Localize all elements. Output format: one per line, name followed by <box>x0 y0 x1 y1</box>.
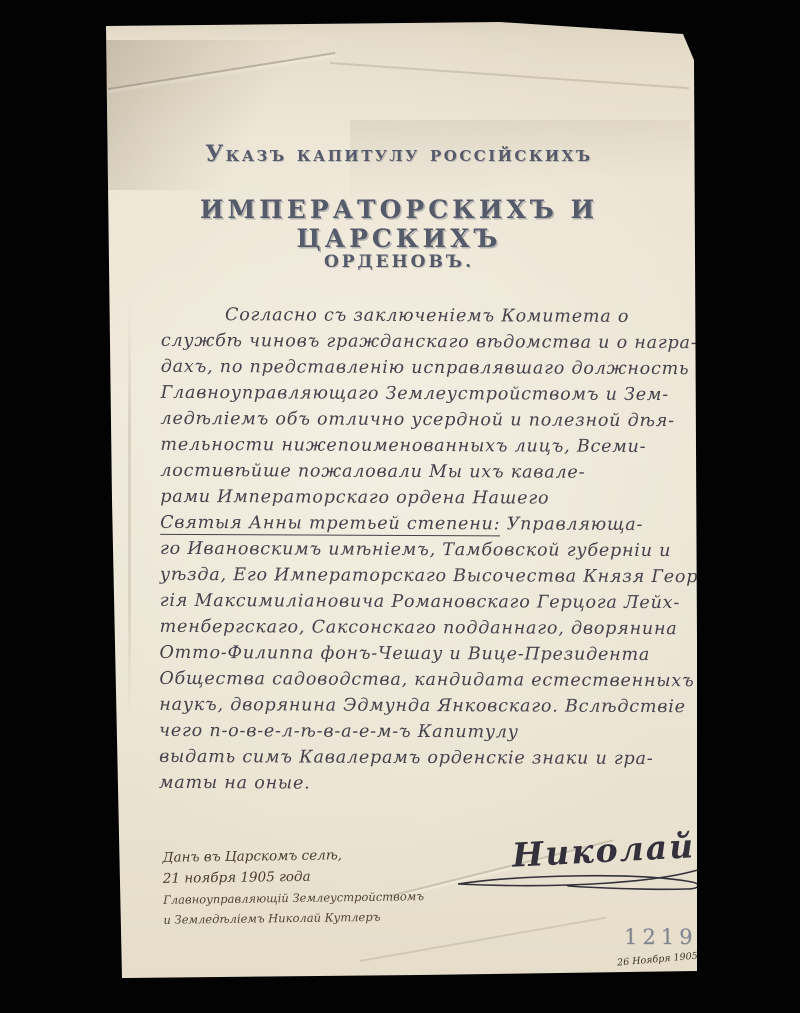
decree-body-line: Отто-Филиппа фонъ-Чешау и Вице-Президент… <box>159 640 681 668</box>
decree-body-line: маты на оные. <box>159 770 681 798</box>
photo-background: Указъ капитулу россійскихъ ИМПЕРАТОРСКИХ… <box>0 0 800 1013</box>
underlined-order-name: Святыя Анны третьей степени: <box>160 513 500 536</box>
decree-body: Согласно съ заключеніемъ Комитета ослужб… <box>159 302 683 798</box>
body-text-segment: Общества садоводства, кандидата естестве… <box>159 669 694 691</box>
decree-body-line: го Ивановскимъ имѣніемъ, Тамбовской губе… <box>160 536 682 564</box>
paper-crease-line <box>330 62 689 89</box>
header-line-ukaz: Указъ капитулу россійскихъ <box>106 141 692 167</box>
body-text-segment: тельности нижепоименованныхъ лицъ, Всеми… <box>160 435 646 457</box>
body-text-segment: Управляюща- <box>500 514 643 535</box>
dateline-line: и Земледѣліемъ Николай Кутлеръ <box>163 906 424 930</box>
body-text-segment: ледѣліемъ объ отлично усердной и полезно… <box>161 409 675 431</box>
decree-body-line: Согласно съ заключеніемъ Комитета о <box>161 302 683 330</box>
body-text-segment: гія Максимиліановича Романовскаго Герцог… <box>160 591 680 613</box>
body-text-segment: выдать симъ Кавалерамъ орденскіе знаки и… <box>159 747 654 769</box>
body-text-segment: Главноуправляющаго Землеустройствомъ и З… <box>161 383 669 405</box>
body-text-segment: чего п-о-в-е-л-ѣ-в-а-е-м-ъ Капитулу <box>159 721 519 743</box>
margin-date-note: 26 Ноября 1905 года <box>617 948 724 968</box>
decree-body-line: тельности нижепоименованныхъ лицъ, Всеми… <box>160 432 682 460</box>
decree-body-line: Главноуправляющаго Землеустройствомъ и З… <box>161 380 683 408</box>
body-text-segment: уѣзда, Его Императорскаго Высочества Кня… <box>160 565 705 587</box>
decree-body-line: ледѣліемъ объ отлично усердной и полезно… <box>161 406 683 434</box>
decree-body-line: выдать симъ Кавалерамъ орденскіе знаки и… <box>159 744 681 772</box>
header-line-orders: ОРДЕНОВЪ. <box>106 252 692 272</box>
body-text-segment: Отто-Филиппа фонъ-Чешау и Вице-Президент… <box>160 643 651 665</box>
decree-body-line: рами Императорскаго ордена Нашего <box>160 484 682 512</box>
decree-body-line: Святыя Анны третьей степени: Управляюща- <box>160 510 682 538</box>
decree-body-line: Общества садоводства, кандидата естестве… <box>159 666 681 694</box>
body-text-segment: го Ивановскимъ имѣніемъ, Тамбовской губе… <box>160 539 671 561</box>
paper-fold-shadow <box>100 40 350 190</box>
body-text-segment: тенбергскаго, Саксонскаго подданнаго, дв… <box>160 617 678 639</box>
decree-body-line: тенбергскаго, Саксонскаго подданнаго, дв… <box>160 614 682 642</box>
decree-body-line: службѣ чиновъ гражданскаго вѣдомства и о… <box>161 328 683 356</box>
header-line-imperial: ИМПЕРАТОРСКИХЪ И ЦАРСКИХЪ <box>106 195 692 253</box>
decree-body-line: уѣзда, Его Императорскаго Высочества Кня… <box>160 562 682 590</box>
document-paper: Указъ капитулу россійскихъ ИМПЕРАТОРСКИХ… <box>0 0 800 1013</box>
body-text-segment: дахъ, по представленію исправлявшаго дол… <box>161 357 690 379</box>
body-text-segment: маты на оные. <box>159 773 311 794</box>
decree-body-line: дахъ, по представленію исправлявшаго дол… <box>161 354 683 382</box>
dateline-block: Данъ въ Царскомъ селѣ,21 ноября 1905 год… <box>162 844 424 930</box>
stamp-number: 1219 <box>624 925 697 949</box>
body-text-segment: Согласно съ заключеніемъ Комитета о <box>225 305 629 327</box>
decree-body-line: гія Максимиліановича Романовскаго Герцог… <box>160 588 682 616</box>
body-text-segment: лостивѣйше пожаловали Мы ихъ кавале- <box>160 461 585 483</box>
body-text-segment: наукъ, дворянина Эдмунда Янковскаго. Всл… <box>159 695 686 717</box>
paper-crease-line <box>128 300 131 720</box>
paper-crease-line <box>108 52 335 90</box>
decree-body-line: наукъ, дворянина Эдмунда Янковскаго. Всл… <box>159 692 681 720</box>
signature-flourish <box>448 858 710 900</box>
decree-body-line: чего п-о-в-е-л-ѣ-в-а-е-м-ъ Капитулу <box>159 718 681 746</box>
body-text-segment: службѣ чиновъ гражданскаго вѣдомства и о… <box>161 331 698 353</box>
body-text-segment: рами Императорскаго ордена Нашего <box>160 487 549 509</box>
decree-body-line: лостивѣйше пожаловали Мы ихъ кавале- <box>160 458 682 486</box>
